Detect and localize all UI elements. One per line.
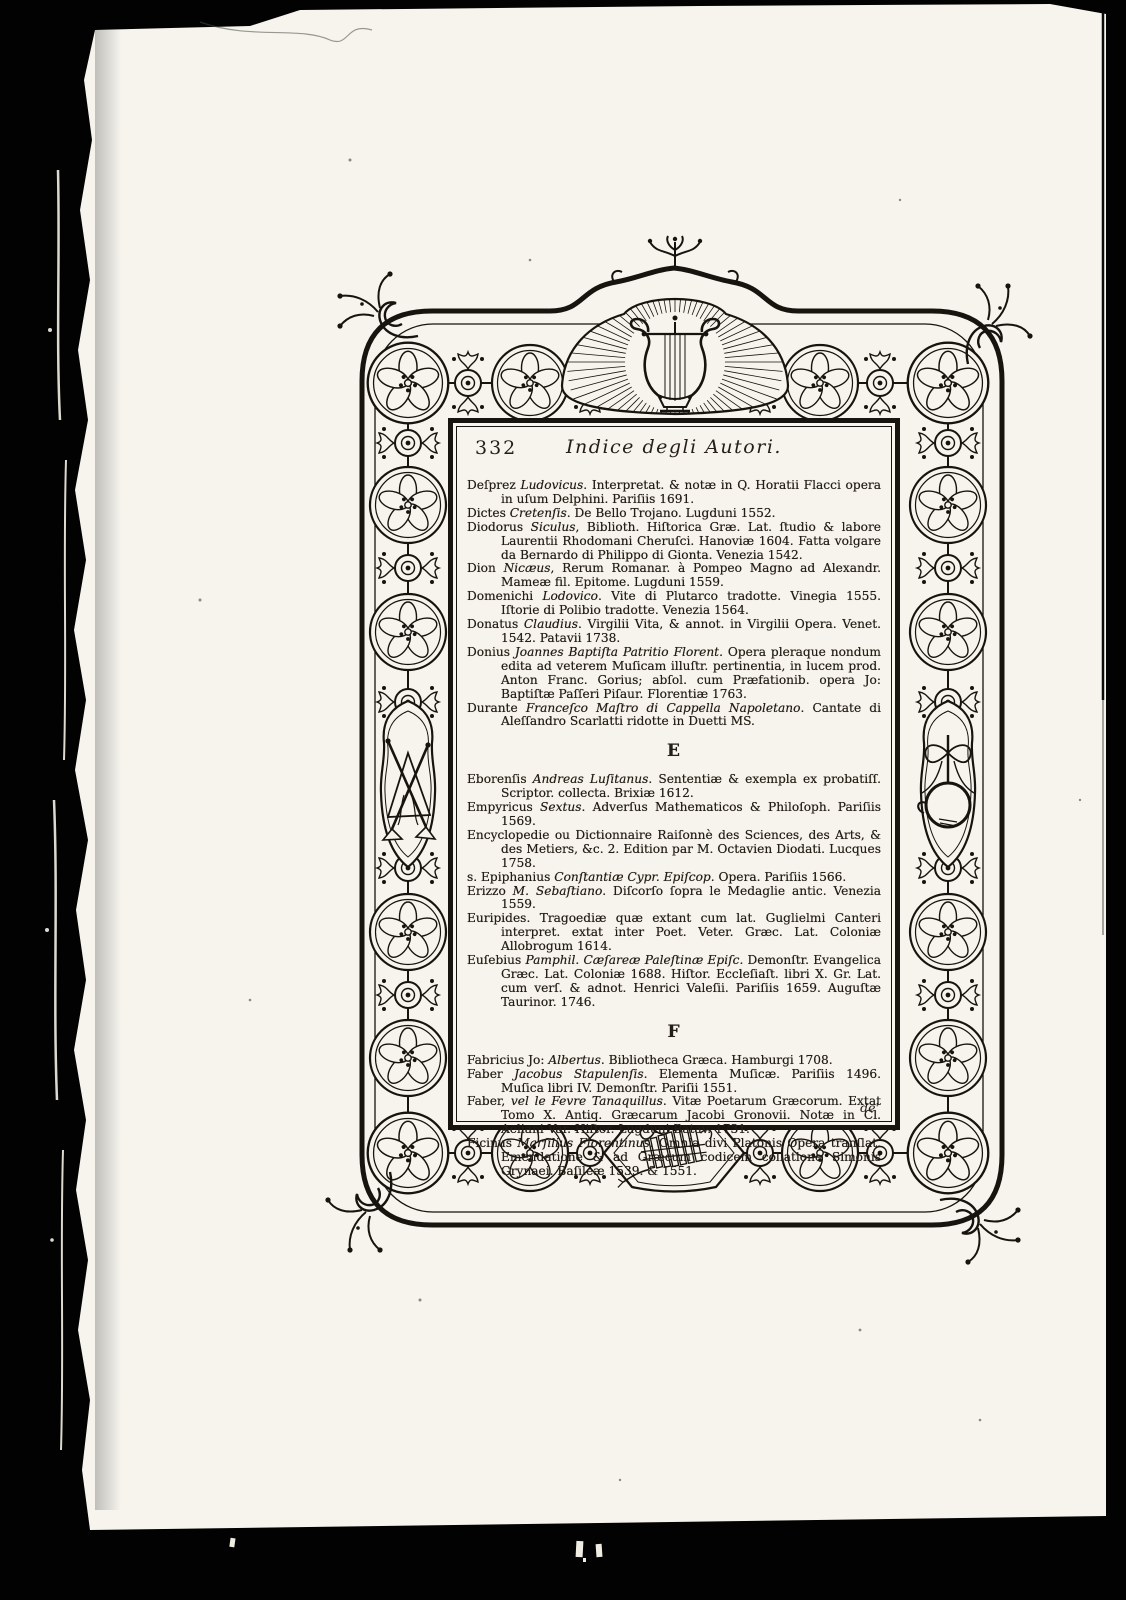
index-entry: s. Epiphanius Conſtantiæ Cypr. Epiſcop. … [467, 871, 881, 885]
right-cartouche [918, 701, 975, 867]
entry-text-run: Donatus [467, 617, 524, 631]
entries: Deſprez Ludovicus. Interpretat. & notæ i… [453, 479, 895, 1179]
entry-text-run: Faber [467, 1067, 514, 1081]
tulip-ring-link-icon [864, 352, 896, 414]
entry-text-run: vel le Fevre Tanaquillus [511, 1094, 663, 1108]
index-entry: Empyricus Sextus. Adverſus Mathematicos … [467, 801, 881, 829]
entry-text-run: Opera. Pariſiis 1566. [715, 870, 847, 884]
entry-text-run: Sextus [540, 800, 581, 814]
entry-text-run: . De Bello Trojano. Lugduni 1552. [567, 506, 776, 520]
entry-text-run: Fabricius Jo: [467, 1053, 548, 1067]
index-entry: Ficinus Marſilius Florentinus. Omnia div… [467, 1137, 881, 1179]
index-entry: Dion Nicæus, Rerum Romanar. à Pompeo Mag… [467, 562, 881, 590]
tulip-ring-link-icon [917, 552, 979, 584]
rosette-icon [908, 343, 989, 424]
tulip-ring-link-icon [452, 352, 484, 414]
entry-text-run: M. Sebaſtiano [513, 884, 603, 898]
entry-text-run: Ficinus [467, 1136, 517, 1150]
entry-text-run: Euripides. Tragoediæ quæ extant cum lat.… [467, 911, 881, 953]
rosette-icon [492, 345, 568, 421]
index-text-panel: 332 Indice degli Autori. Deſprez Ludovic… [448, 418, 900, 1130]
rosette-icon [910, 1020, 986, 1096]
index-entry: Dictes Cretenſis. De Bello Trojano. Lugd… [467, 507, 881, 521]
entry-text-run: Conſtantiæ Cypr. Epiſcop. [554, 870, 714, 884]
rosette-icon [368, 1113, 449, 1194]
entry-text-run: Durante [467, 701, 526, 715]
entry-text-run: . Bibliotheca Græca. Hamburgi 1708. [601, 1053, 833, 1067]
section-letter: F [467, 1022, 881, 1042]
entry-text-run: Lodovico [542, 589, 598, 603]
rosette-icon [782, 345, 858, 421]
tulip-ring-link-icon [377, 979, 439, 1011]
entry-text-run: Albertus [548, 1053, 601, 1067]
index-entry: Faber Jacobus Stapulenſis. Elementa Muſi… [467, 1068, 881, 1096]
entry-text-run: , Rerum Romanar. à Pompeo Magno ad Alexa… [501, 561, 881, 589]
entry-text-run: Franceſco Maſtro di Cappella Napoletano [526, 701, 801, 715]
torn-edge-fibers [45, 170, 66, 1450]
entry-text-run: Erizzo [467, 884, 513, 898]
entry-text-run: Euſebius [467, 953, 525, 967]
index-entry: Euſebius Pamphil. Cæſareæ Paleſtinæ Epiſ… [467, 954, 881, 1010]
index-entry: Deſprez Ludovicus. Interpretat. & notæ i… [467, 479, 881, 507]
tulip-ring-link-icon [377, 427, 439, 459]
rosette-icon [368, 343, 449, 424]
entry-text-run: Joannes Baptiſta Patritio Florent. [515, 645, 723, 659]
page-header: 332 Indice degli Autori. [453, 423, 895, 479]
rosette-icon [370, 1020, 446, 1096]
rosette-icon [910, 894, 986, 970]
tulip-ring-link-icon [377, 552, 439, 584]
entry-text-run: Nicæus [504, 561, 551, 575]
entry-text-run: Domenichi [467, 589, 542, 603]
index-entry: Erizzo M. Sebaſtiano. Diſcorſo ſopra le … [467, 885, 881, 913]
entry-text-run: Dion [467, 561, 504, 575]
rosette-icon [910, 594, 986, 670]
index-entry: Donatus Claudius. Virgilii Vita, & annot… [467, 618, 881, 646]
entry-text-run: Faber, [467, 1094, 511, 1108]
page-title: Indice degli Autori. [453, 436, 895, 458]
index-entry: Fabricius Jo: Albertus. Bibliotheca Græc… [467, 1054, 881, 1068]
entry-text-run: Ludovicus [520, 478, 583, 492]
tulip-ring-link-icon [917, 427, 979, 459]
entry-text-run: Dictes [467, 506, 510, 520]
entry-text-run: Siculus [531, 520, 576, 534]
entry-text-run: Deſprez [467, 478, 520, 492]
index-entry: Euripides. Tragoediæ quæ extant cum lat.… [467, 912, 881, 954]
entry-text-run: Jacobus Stapulenſis [514, 1067, 643, 1081]
index-entry: Durante Franceſco Maſtro di Cappella Nap… [467, 702, 881, 730]
entry-text-run: Pamphil. Cæſareæ Paleſtinæ Epiſc. [525, 953, 743, 967]
entry-text-run: Empyricus [467, 800, 540, 814]
index-entry: Diodorus Siculus, Biblioth. Hiſtorica Gr… [467, 521, 881, 563]
index-entry: Eborenſis Andreas Luſitanus. Sententiæ &… [467, 773, 881, 801]
entry-text-run: Donius [467, 645, 515, 659]
rosette-icon [370, 894, 446, 970]
entry-text-run: Diodorus [467, 520, 531, 534]
entry-text-run: Claudius [524, 617, 578, 631]
index-entry: Donius Joannes Baptiſta Patritio Florent… [467, 646, 881, 702]
tulip-ring-link-icon [917, 979, 979, 1011]
rosette-icon [908, 1113, 989, 1194]
entry-text-run: Marſilius Florentinus [517, 1136, 649, 1150]
rosette-icon [910, 467, 986, 543]
entry-text-run: Encyclopedie ou Dictionnaire Raiſonnè de… [467, 828, 881, 870]
index-entry: Domenichi Lodovico. Vite di Plutarco tra… [467, 590, 881, 618]
rosette-icon [370, 467, 446, 543]
entry-text-run: Eborenſis [467, 772, 533, 786]
entry-text-run: Andreas Luſitanus [533, 772, 649, 786]
section-letter: E [467, 741, 881, 761]
catchword: de' [860, 1100, 879, 1115]
entry-text-run: s. Epiphanius [467, 870, 554, 884]
entry-text-run: Cretenſis [510, 506, 567, 520]
rosette-icon [370, 594, 446, 670]
scanned-book-spread: 332 Indice degli Autori. Deſprez Ludovic… [0, 0, 1126, 1600]
index-entry: Faber, vel le Fevre Tanaquillus. Vitæ Po… [467, 1095, 881, 1137]
bottom-band-specks [229, 1538, 602, 1562]
index-entry: Encyclopedie ou Dictionnaire Raiſonnè de… [467, 829, 881, 871]
left-cartouche [381, 701, 435, 867]
